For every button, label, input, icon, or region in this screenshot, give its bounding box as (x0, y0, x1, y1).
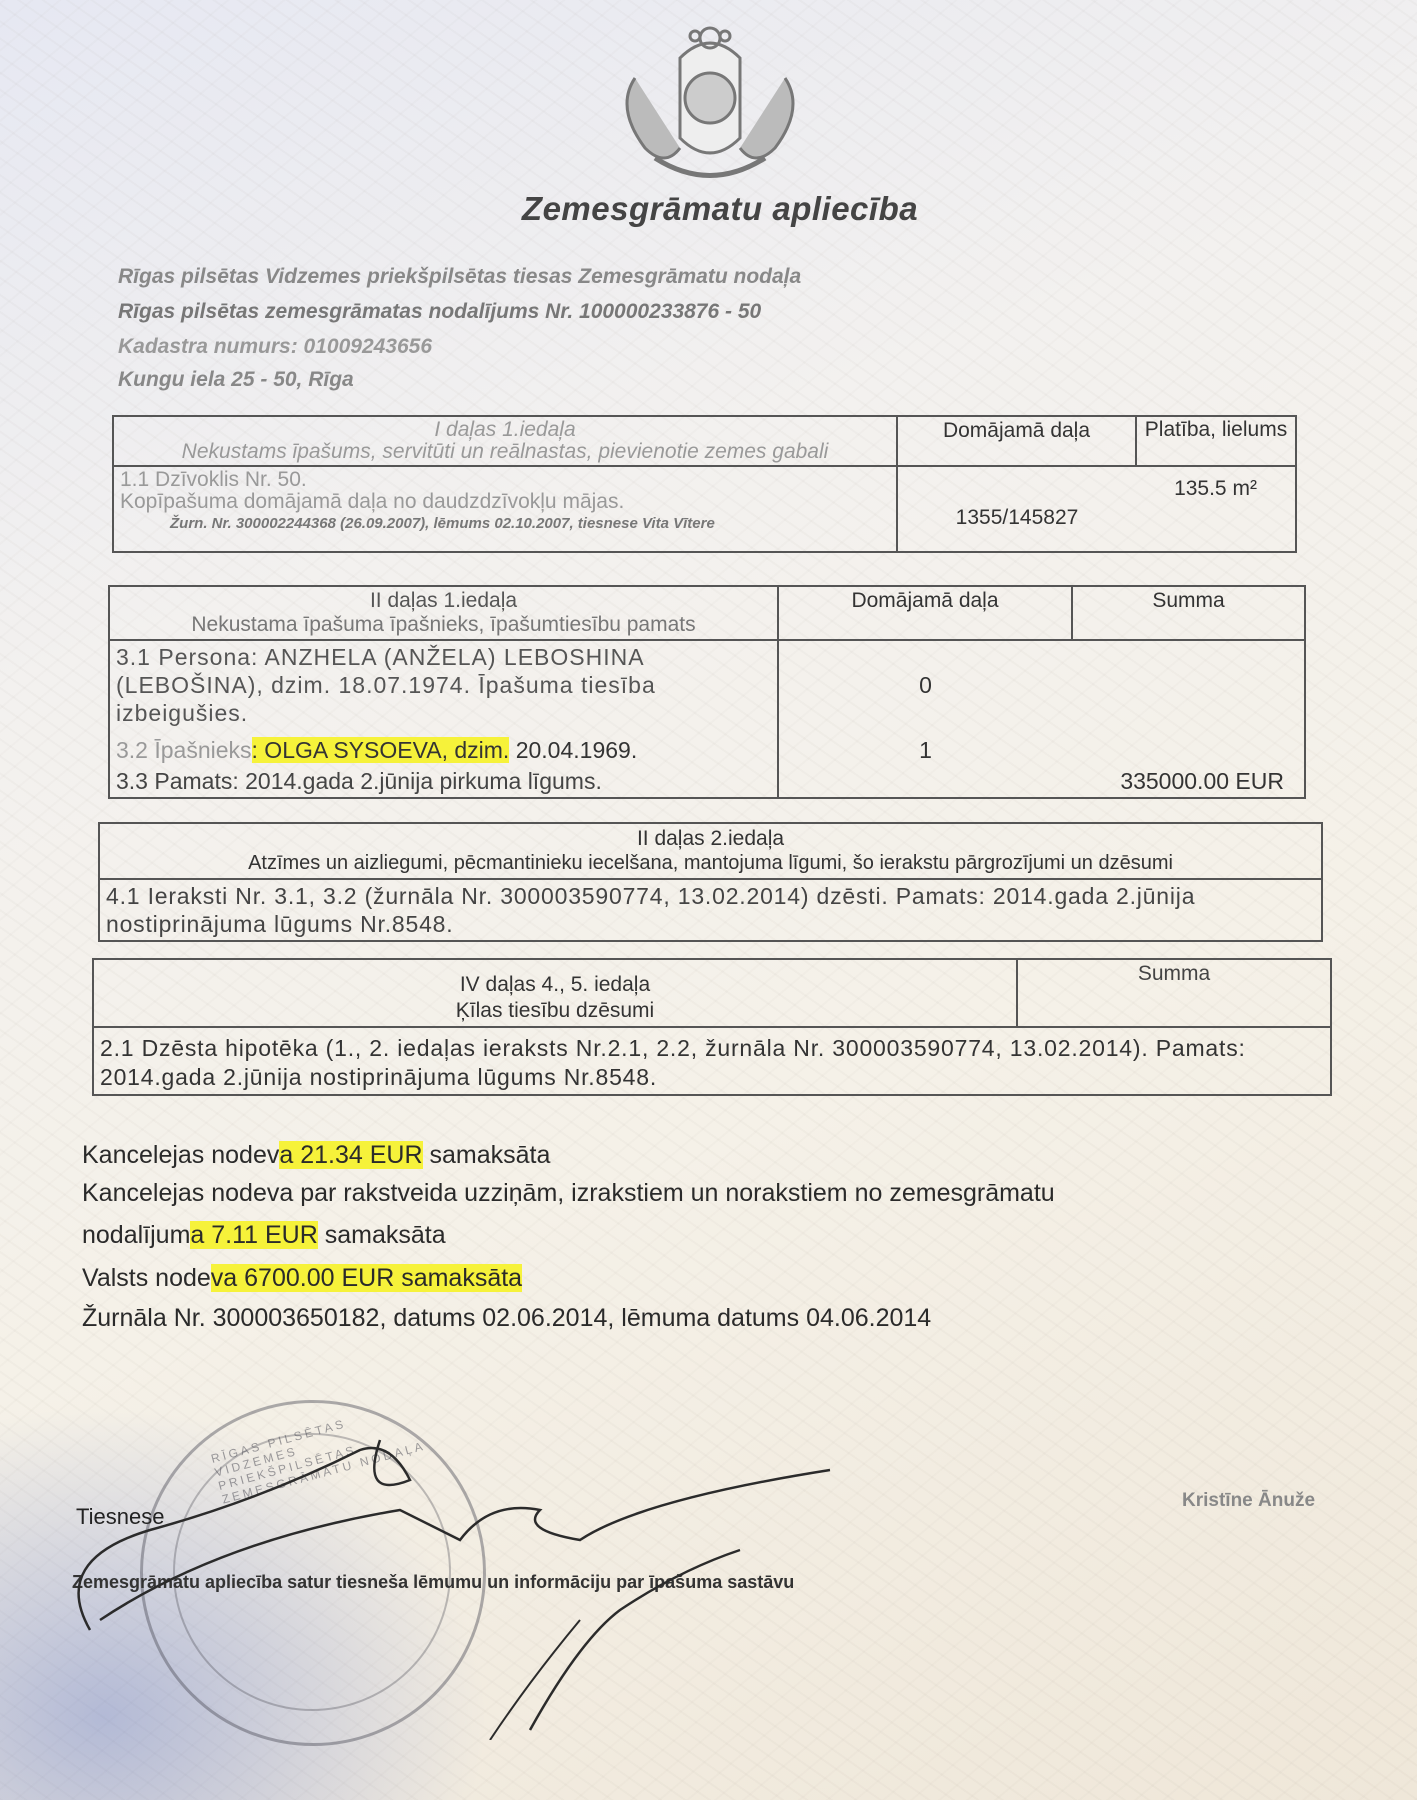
fee-office-label: Kancelejas nodev (82, 1141, 279, 1169)
section1-header: I daļas 1.iedaļa Nekustams īpašums, serv… (113, 416, 897, 466)
fee-office-amount: a 21.34 EUR (279, 1141, 422, 1169)
owner-row-2-birthdate: 20.04.1969. (509, 737, 637, 763)
section3-heading: II daļas 2.iedaļa (106, 826, 1315, 851)
owner-row-2-prefix: 3.2 Īpašnieks (116, 737, 252, 763)
section2-col-sum: Summa (1072, 586, 1305, 640)
signature-icon (60, 1420, 860, 1740)
owner-row-1-sum (1072, 640, 1305, 729)
document-title: Zemesgrāmatu apliecība (480, 190, 960, 228)
fee-office-status: samaksāta (423, 1141, 551, 1169)
section4-entry: 2.1 Dzēsta hipotēka (1., 2. iedaļas iera… (93, 1027, 1331, 1095)
section4-header: IV daļas 4., 5. iedaļa Ķīlas tiesību dzē… (93, 959, 1017, 1027)
owner-row-3-sum: 335000.00 EUR (1072, 766, 1305, 798)
latvia-coat-of-arms-icon (595, 18, 825, 188)
journal-info: Žurnāla Nr. 300003650182, datums 02.06.2… (82, 1298, 931, 1339)
fee-office: Kancelejas nodeva 21.34 EUR samaksāta (82, 1135, 550, 1176)
property-address: Kungu iela 25 - 50, Rīga (118, 368, 354, 392)
section2-col-share: Domājamā daļa (778, 586, 1072, 640)
section3-subheading: Atzīmes un aizliegumi, pēcmantinieku iec… (106, 851, 1315, 876)
section2-subheading: Nekustama īpašuma īpašnieks, īpašumtiesī… (116, 613, 771, 637)
land-register-number: Rīgas pilsētas zemesgrāmatas nodalījums … (118, 300, 761, 324)
section4-col-sum: Summa (1017, 959, 1331, 1027)
owner-row-1-text: 3.1 Persona: ANZHELA (ANŽELA) LEBOSHINA … (109, 640, 778, 729)
table-row: 3.3 Pamats: 2014.gada 2.jūnija pirkuma l… (109, 766, 1305, 798)
section1-entry-note: Žurn. Nr. 300002244368 (26.09.2007), lēm… (120, 513, 890, 535)
section1-share: 1355/145827 (897, 466, 1136, 552)
owner-name-highlight: : OLGA SYSOEVA, dzim. (252, 737, 510, 763)
section1-area: 135.5 m² (1136, 466, 1296, 552)
fee-state-amount: va 6700.00 EUR samaksāta (211, 1264, 522, 1292)
section2-heading: II daļas 1.iedaļa (116, 589, 771, 613)
section4-table: IV daļas 4., 5. iedaļa Ķīlas tiesību dzē… (92, 958, 1332, 1096)
table-row: 3.1 Persona: ANZHELA (ANŽELA) LEBOSHINA … (109, 640, 1305, 729)
owner-row-1-share: 0 (778, 640, 1072, 729)
fee-extracts-label: Kancelejas nodeva par rakstveida uzziņām… (82, 1173, 1055, 1214)
section2-table: II daļas 1.iedaļa Nekustama īpašuma īpaš… (108, 585, 1306, 799)
owner-row-3-text: 3.3 Pamats: 2014.gada 2.jūnija pirkuma l… (109, 766, 778, 798)
owner-row-2-text: 3.2 Īpašnieks: OLGA SYSOEVA, dzim. 20.04… (109, 729, 778, 766)
section3-header: II daļas 2.iedaļa Atzīmes un aizliegumi,… (99, 823, 1322, 879)
section1-entry-line1: 1.1 Dzīvoklis Nr. 50. (120, 469, 890, 491)
fee-extracts: nodalījuma 7.11 EUR samaksāta (82, 1215, 446, 1256)
section1-table: I daļas 1.iedaļa Nekustams īpašums, serv… (112, 415, 1297, 553)
cadastre-number: Kadastra numurs: 01009243656 (118, 335, 432, 359)
fee-state: Valsts nodeva 6700.00 EUR samaksāta (82, 1258, 522, 1299)
fee-state-label: Valsts node (82, 1264, 211, 1292)
court-department: Rīgas pilsētas Vidzemes priekšpilsētas t… (118, 265, 801, 289)
section4-subheading: Ķīlas tiesību dzēsumi (100, 998, 1010, 1024)
section1-col-share: Domājamā daļa (897, 416, 1136, 466)
section3-table: II daļas 2.iedaļa Atzīmes un aizliegumi,… (98, 822, 1323, 942)
fee-extracts-status: samaksāta (318, 1221, 446, 1249)
section2-header: II daļas 1.iedaļa Nekustama īpašuma īpaš… (109, 586, 778, 640)
section1-col-area: Platība, lielums (1136, 416, 1296, 466)
owner-row-3-share (778, 766, 1072, 798)
table-row: 3.2 Īpašnieks: OLGA SYSOEVA, dzim. 20.04… (109, 729, 1305, 766)
fee-extracts-label-cont: nodalījum (82, 1221, 190, 1249)
section1-subheading: Nekustams īpašums, servitūti un reālnast… (120, 441, 890, 463)
owner-row-2-share: 1 (778, 729, 1072, 766)
section1-entry-line2: Kopīpašuma domājamā daļa no daudzdzīvokļ… (120, 491, 890, 513)
fee-extracts-amount: a 7.11 EUR (190, 1221, 317, 1249)
section1-entry: 1.1 Dzīvoklis Nr. 50. Kopīpašuma domājam… (113, 466, 897, 552)
section3-entry: 4.1 Ieraksti Nr. 3.1, 3.2 (žurnāla Nr. 3… (99, 879, 1322, 941)
section4-heading: IV daļas 4., 5. iedaļa (100, 962, 1010, 998)
section1-heading: I daļas 1.iedaļa (120, 419, 890, 441)
judge-name: Kristīne Ānuže (1182, 1490, 1315, 1512)
owner-row-2-sum (1072, 729, 1305, 766)
